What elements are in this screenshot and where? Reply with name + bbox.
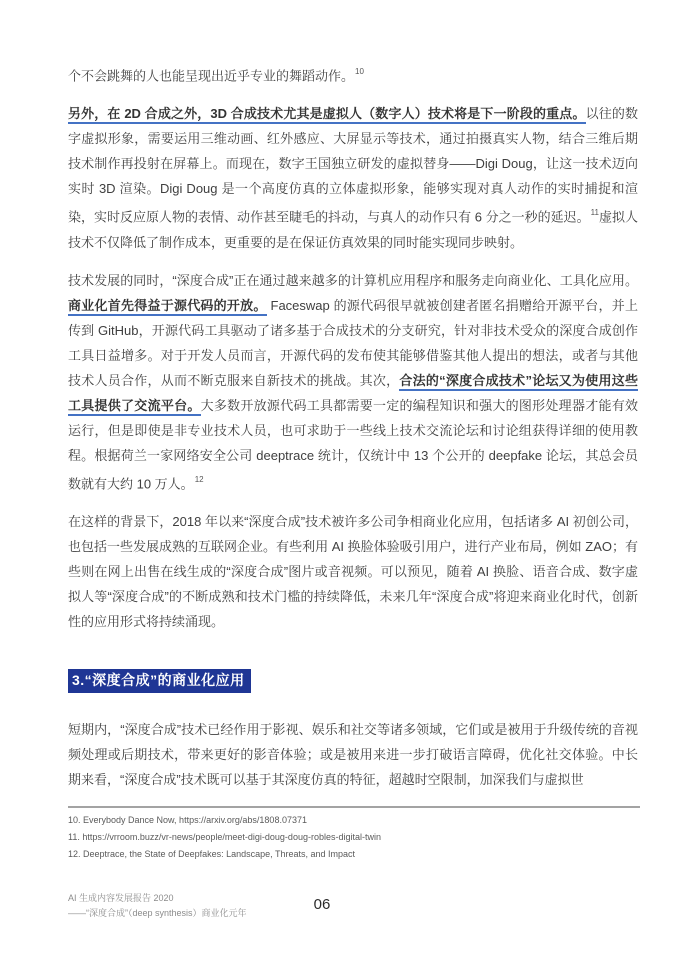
footnote-item: 10. Everybody Dance Now, https://arxiv.o… <box>68 814 640 826</box>
footnote-ref-11: 11 <box>591 208 599 217</box>
paragraph-text: 以往的数字虚拟形象，需要运用三维动画、红外感应、大屏显示等技术，通过拍摄真实人物… <box>68 106 638 224</box>
body-paragraph-2: 另外，在 2D 合成之外，3D 合成技术尤其是虚拟人（数字人）技术将是下一阶段的… <box>68 101 638 254</box>
body-paragraph-1: 个不会跳舞的人也能呈现出近乎专业的舞蹈动作。10 <box>68 60 638 88</box>
footnotes: 10. Everybody Dance Now, https://arxiv.o… <box>68 814 640 865</box>
bold-underlined-lead: 另外，在 2D 合成之外，3D 合成技术尤其是虚拟人（数字人）技术将是下一阶段的… <box>68 106 586 124</box>
section-heading: 3.“深度合成”的商业化应用 <box>68 669 251 693</box>
footnote-divider <box>68 806 640 808</box>
bold-underlined-phrase-1: 商业化首先得益于源代码的开放。 <box>68 298 267 316</box>
footnote-ref-10: 10 <box>355 67 364 76</box>
document-page: 个不会跳舞的人也能呈现出近乎专业的舞蹈动作。10 另外，在 2D 合成之外，3D… <box>0 0 700 980</box>
body-paragraph-3: 技术发展的同时，“深度合成”正在通过越来越多的计算机应用程序和服务走向商业化、工… <box>68 268 638 496</box>
paragraph-text: 在这样的背景下，2018 年以来“深度合成”技术被许多公司争相商业化应用，包括诸… <box>68 514 638 629</box>
page-number: 06 <box>300 896 344 913</box>
footnote-item: 12. Deeptrace, the State of Deepfakes: L… <box>68 848 640 860</box>
paragraph-text: 个不会跳舞的人也能呈现出近乎专业的舞蹈动作。 <box>68 68 354 83</box>
body-paragraph-4: 在这样的背景下，2018 年以来“深度合成”技术被许多公司争相商业化应用，包括诸… <box>68 509 638 634</box>
page-body: 个不会跳舞的人也能呈现出近乎专业的舞蹈动作。10 另外，在 2D 合成之外，3D… <box>68 60 638 805</box>
paragraph-text: 短期内，“深度合成”技术已经作用于影视、娱乐和社交等诸多领域，它们或是被用于升级… <box>68 722 638 787</box>
report-subtitle: ——“深度合成”（deep synthesis）商业化元年 <box>68 906 468 921</box>
footnote-item: 11. https://vrroom.buzz/vr-news/people/m… <box>68 831 640 843</box>
footnote-ref-12: 12 <box>195 475 204 484</box>
body-paragraph-5: 短期内，“深度合成”技术已经作用于影视、娱乐和社交等诸多领域，它们或是被用于升级… <box>68 717 638 792</box>
report-title: AI 生成内容发展报告 2020 <box>68 891 468 906</box>
page-footer: AI 生成内容发展报告 2020 ——“深度合成”（deep synthesis… <box>68 891 468 921</box>
paragraph-text: 技术发展的同时，“深度合成”正在通过越来越多的计算机应用程序和服务走向商业化、工… <box>68 273 638 288</box>
